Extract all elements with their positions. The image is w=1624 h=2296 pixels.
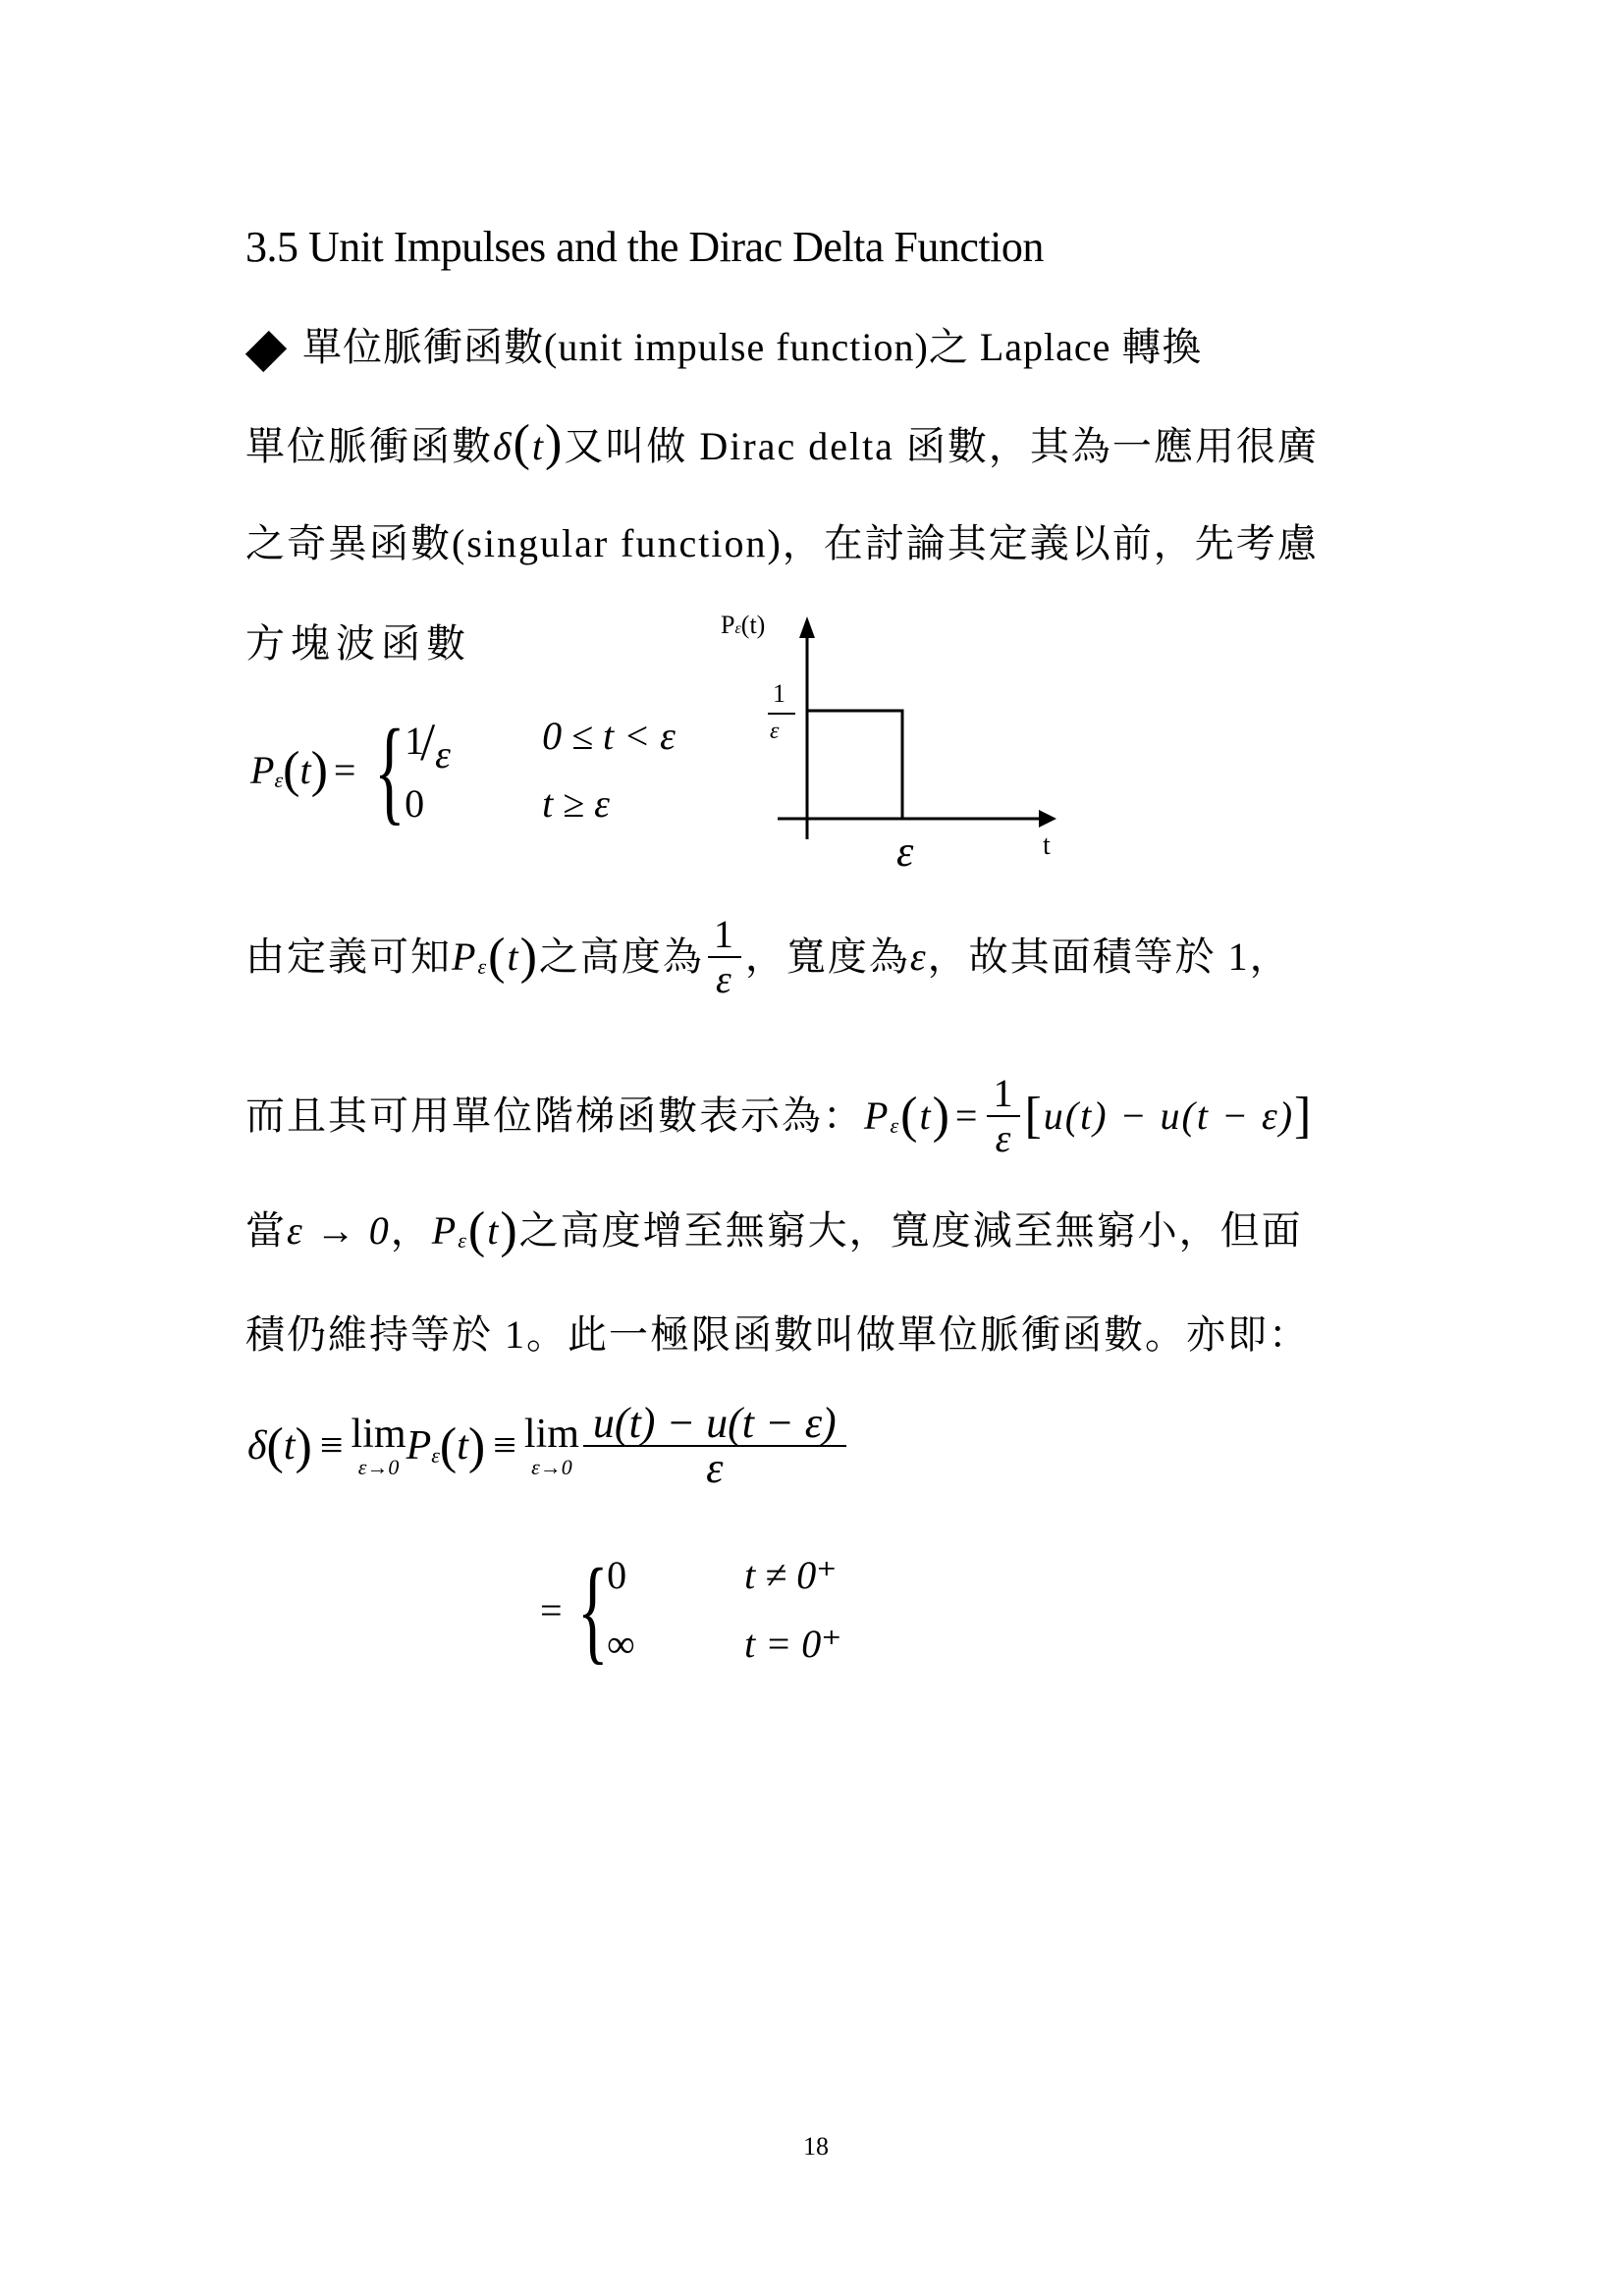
p-symbol: P — [250, 747, 274, 793]
page-number: 18 — [803, 2132, 829, 2162]
x-axis-label: t — [1043, 830, 1051, 862]
case-condition: 0 ≤ t < ε — [542, 705, 676, 773]
paragraph-1-line-1: 單位脈衝函數δ(t)又叫做 Dirac delta 函數，其為一應用很廣 — [245, 420, 1319, 470]
cases: 0 t ≠ 0⁺ ∞ t = 0⁺ — [607, 1541, 841, 1679]
diamond-bullet-icon — [245, 331, 287, 372]
paragraph-1-line-3: 方塊波函數 — [245, 620, 471, 667]
delta-definition: δ(t) ≡ limε→0 Pε(t) ≡ limε→0 u(t) − u(t … — [247, 1402, 850, 1490]
cases: 1/ε 0 ≤ t < ε 0 t ≥ ε — [405, 705, 676, 835]
paragraph-3: 而且其可用單位階梯函數表示為：Pε(t)= 1ε [u(t) − u(t − ε… — [245, 1072, 1313, 1160]
subscript: ε — [274, 768, 283, 793]
case-row-2: 0 t ≥ ε — [405, 773, 676, 835]
paragraph-4-line-2: 積仍維持等於 1。此一極限函數叫做單位脈衝函數。亦即： — [245, 1311, 1310, 1359]
arg: t — [532, 424, 545, 468]
paragraph-4-line-1: 當ε → 0，Pε(t)之高度增至無窮大，寬度減至無窮小，但面 — [245, 1207, 1303, 1255]
equals: = — [334, 747, 356, 793]
x-tick-epsilon: ε — [896, 827, 913, 877]
height-label-numerator: 1 — [773, 679, 785, 709]
paragraph-2: 由定義可知Pε(t)之高度為 1ε ，寬度為ε，故其面積等於 1， — [245, 913, 1291, 1001]
case-value: 1/ε — [405, 705, 483, 773]
arg: t — [299, 747, 310, 793]
case-row-1: 0 t ≠ 0⁺ — [607, 1541, 841, 1610]
square-wave-equation: Pε(t) = { 1/ε 0 ≤ t < ε 0 t ≥ ε — [250, 705, 676, 835]
delta-symbol: δ — [493, 424, 514, 468]
case-row-1: 1/ε 0 ≤ t < ε — [405, 705, 676, 773]
section-title: 3.5 Unit Impulses and the Dirac Delta Fu… — [245, 222, 1044, 273]
y-axis-arrow-icon — [799, 616, 815, 638]
fraction: 1ε — [987, 1072, 1020, 1160]
case-row-2: ∞ t = 0⁺ — [607, 1610, 841, 1679]
x-axis-arrow-icon — [1039, 810, 1056, 828]
case-condition: t ≥ ε — [542, 773, 610, 835]
left-brace: { — [577, 1551, 609, 1669]
fraction: u(t) − u(t − ε)ε — [583, 1402, 846, 1490]
fraction: 1ε — [708, 913, 741, 1001]
left-brace: { — [374, 712, 406, 829]
text: 又叫做 Dirac delta 函數，其為一應用很廣 — [564, 424, 1319, 468]
bullet-heading: 單位脈衝函數(unit impulse function)之 Laplace 轉… — [245, 324, 1202, 371]
height-label-denominator: ε — [770, 719, 779, 745]
delta-cases: = { 0 t ≠ 0⁺ ∞ t = 0⁺ — [540, 1541, 841, 1679]
y-axis-label: Pε(t) — [721, 611, 765, 640]
limit: limε→0 — [352, 1413, 406, 1479]
limit: limε→0 — [524, 1413, 579, 1479]
paragraph-1-line-2: 之奇異函數(singular function)，在討論其定義以前，先考慮 — [245, 520, 1319, 567]
bullet-heading-text: 單位脈衝函數(unit impulse function)之 Laplace 轉… — [302, 325, 1202, 369]
pulse-outline — [807, 711, 902, 819]
case-value: 0 — [405, 773, 483, 835]
text: 單位脈衝函數 — [245, 424, 493, 468]
square-pulse-figure: Pε(t) 1 ε ε t — [707, 599, 1100, 883]
